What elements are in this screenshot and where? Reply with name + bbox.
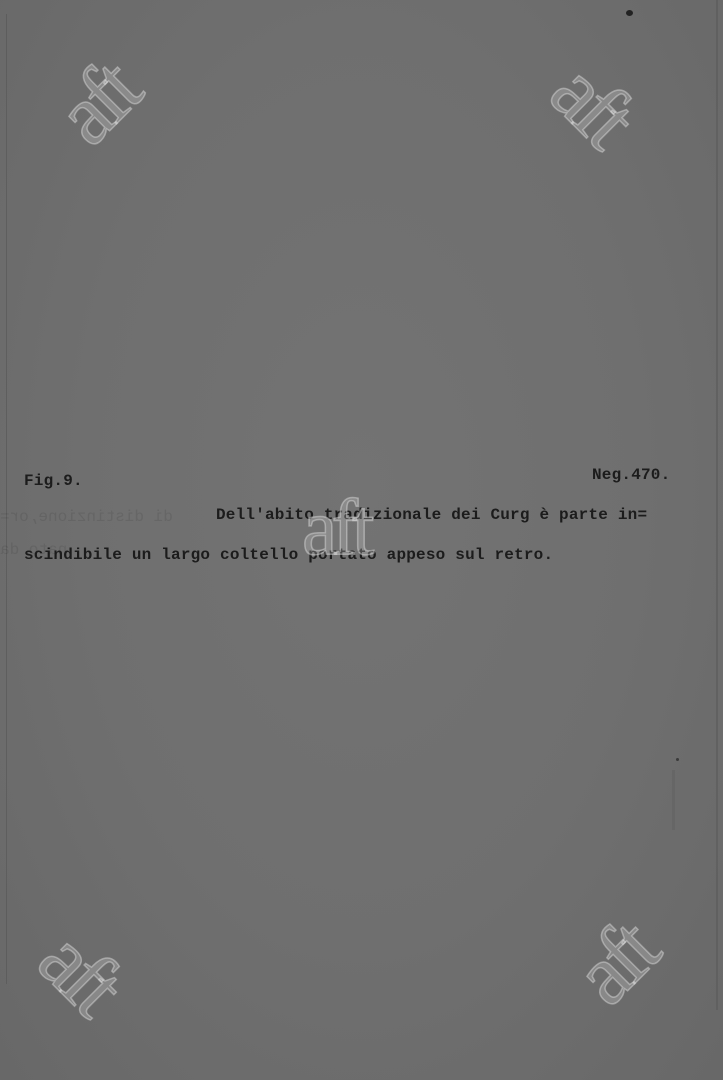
watermark-top-right: aft bbox=[536, 47, 648, 159]
dust-speck bbox=[676, 758, 679, 761]
card-right-edge bbox=[716, 0, 718, 1010]
bleed-through-text: di distinzione,or= bbox=[0, 508, 173, 526]
watermark-bottom-left: aft bbox=[24, 915, 136, 1027]
scan-streak bbox=[672, 770, 675, 830]
watermark-center: aft bbox=[302, 488, 368, 568]
watermark-top-left: aft bbox=[40, 47, 152, 159]
negative-number: Neg.470. bbox=[592, 466, 670, 484]
figure-label: Fig.9. bbox=[24, 472, 83, 490]
card-left-edge bbox=[6, 14, 7, 984]
caption-line-1: Dell'abito tradizionale dei Curg è parte… bbox=[216, 506, 647, 524]
caption-line-2: scindibile un largo coltello portato app… bbox=[24, 546, 553, 564]
watermark-bottom-right: aft bbox=[558, 907, 670, 1019]
scanned-card: di distinzione,or= nato da aft aft aft a… bbox=[0, 0, 723, 1080]
dust-speck bbox=[626, 10, 633, 16]
